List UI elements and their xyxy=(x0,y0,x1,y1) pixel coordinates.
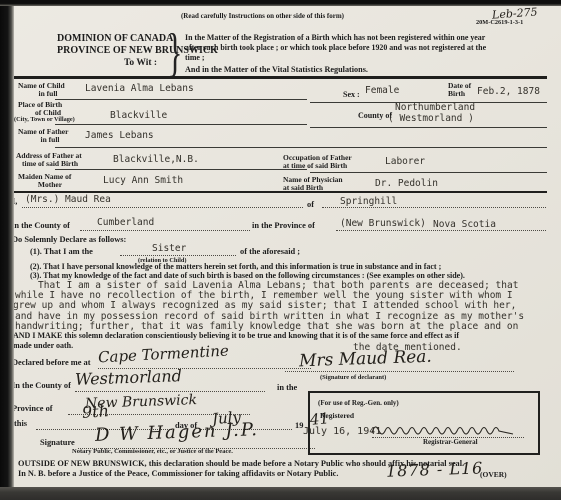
county-value-1: Northumberland xyxy=(395,103,475,113)
scan-edge-bottom xyxy=(0,487,561,500)
row3-rule xyxy=(55,147,547,148)
scan-edge-left xyxy=(0,0,14,500)
pob-label-3: (City, Town or Village) xyxy=(14,117,75,124)
declared-before-label: Declared before me at xyxy=(12,358,91,367)
sex-label: Sex : xyxy=(343,91,360,100)
statement-line: grew up and whom I always recognized as … xyxy=(13,301,516,311)
row1-rule-left xyxy=(55,99,307,100)
dob-label-2: Birth xyxy=(448,90,465,98)
declarant-of-label: of xyxy=(307,200,314,209)
over-label: (OVER) xyxy=(480,471,507,479)
execution-county-label: In the County of xyxy=(12,381,71,390)
dotted-line xyxy=(120,255,236,256)
declarant-province-label: in the Province of xyxy=(252,221,315,230)
sex-value: Female xyxy=(365,86,399,96)
declarant-name-value: (Mrs.) Maud Rea xyxy=(25,195,111,205)
registrar-use-label: (For use of Reg.-Gen. only) xyxy=(318,400,399,408)
declarant-residence-value: Springhill xyxy=(340,197,397,207)
section-divider-rule xyxy=(14,191,547,193)
dominion-title: DOMINION OF CANADA xyxy=(57,33,173,44)
declarant-county-value: Cumberland xyxy=(97,218,154,228)
father-address-value: Blackville,N.B. xyxy=(113,155,199,165)
row2-rule-right xyxy=(310,127,547,128)
child-name-value: Lavenia Alma Lebans xyxy=(85,84,194,94)
row4-rule-left xyxy=(55,169,307,170)
county-label: County of xyxy=(358,112,392,121)
declarant-signature-label: (Signature of declarant) xyxy=(320,374,386,381)
execution-county-handwritten: Westmorland xyxy=(75,368,182,388)
scan-edge-top xyxy=(0,0,561,6)
dotted-line xyxy=(22,207,303,208)
registrar-general-label: Registrar-General xyxy=(423,439,478,447)
scanned-birth-declaration-form: (Read carefully Instructions on other si… xyxy=(0,0,561,500)
father-occupation-value: Laborer xyxy=(385,157,425,167)
dotted-line xyxy=(285,371,514,372)
file-reference-handwritten: 1878 - L16 xyxy=(386,460,484,479)
row2-rule-left xyxy=(55,124,307,125)
signature-label: Signature xyxy=(40,438,75,447)
matter-vital-statistics: And in the Matter of the Vital Statistic… xyxy=(185,65,368,74)
matter-line-1: In the Matter of the Registration of a B… xyxy=(185,34,485,43)
pob-value: Blackville xyxy=(110,111,167,121)
jp-title-label: Notary Public, Commissioner, etc., or Ju… xyxy=(72,448,233,455)
oath-line-2: made under oath. xyxy=(13,342,73,351)
header-divider-rule xyxy=(14,76,547,79)
mother-maiden-value: Lucy Ann Smith xyxy=(103,176,183,186)
matter-line-3: time ; xyxy=(185,54,205,63)
item1-relation-value: Sister xyxy=(152,244,186,254)
registered-label: Registered xyxy=(320,412,354,420)
physician-value: Dr. Pedolin xyxy=(375,179,438,189)
row4-rule-right xyxy=(310,172,547,173)
dotted-line xyxy=(75,391,265,392)
declarant-county-label: in the County of xyxy=(12,221,70,230)
footer-line-2: In N. B. before a Justice of the Peace, … xyxy=(18,469,338,478)
father-name-value: James Lebans xyxy=(85,131,154,141)
county-value-2: ( Westmorland ) xyxy=(388,114,474,124)
item1-pre-label: (1). That I am the xyxy=(30,247,93,256)
registrar-signature-scribble xyxy=(368,420,546,438)
father-name-label-2: in full xyxy=(18,136,82,144)
this-label: this xyxy=(14,419,27,428)
dob-value: Feb.2, 1878 xyxy=(477,87,540,97)
matter-line-2: after such birth took place ; or which t… xyxy=(185,44,486,53)
item1-post-label: of the aforesaid ; xyxy=(240,247,300,256)
child-name-label-2: in full xyxy=(18,90,78,98)
in-the-label: in the xyxy=(277,383,297,392)
day-handwritten: 9th xyxy=(81,403,109,421)
dotted-line xyxy=(322,207,546,208)
form-code: 20M-C2619-1-3-1 xyxy=(476,20,523,27)
mother-maiden-label-2: Mother xyxy=(18,181,82,189)
dotted-line xyxy=(336,230,546,231)
declarant-province-value-1: (New Brunswick) xyxy=(340,219,426,229)
dotted-line xyxy=(80,230,250,231)
header-brace-glyph: } xyxy=(168,26,183,79)
solemnly-declare-label: Do Solemnly Declare as follows: xyxy=(12,235,126,244)
oath-line-1: AND I MAKE this solemn declaration consc… xyxy=(13,332,459,341)
read-instructions-note: (Read carefully Instructions on other si… xyxy=(130,13,395,21)
declarant-signature-handwritten: Mrs Maud Rea. xyxy=(299,349,432,371)
execution-province-label: Province of xyxy=(12,404,53,413)
father-address-label-2: time of said Birth xyxy=(22,160,78,168)
declarant-province-value-2: Nova Scotia xyxy=(433,220,496,230)
